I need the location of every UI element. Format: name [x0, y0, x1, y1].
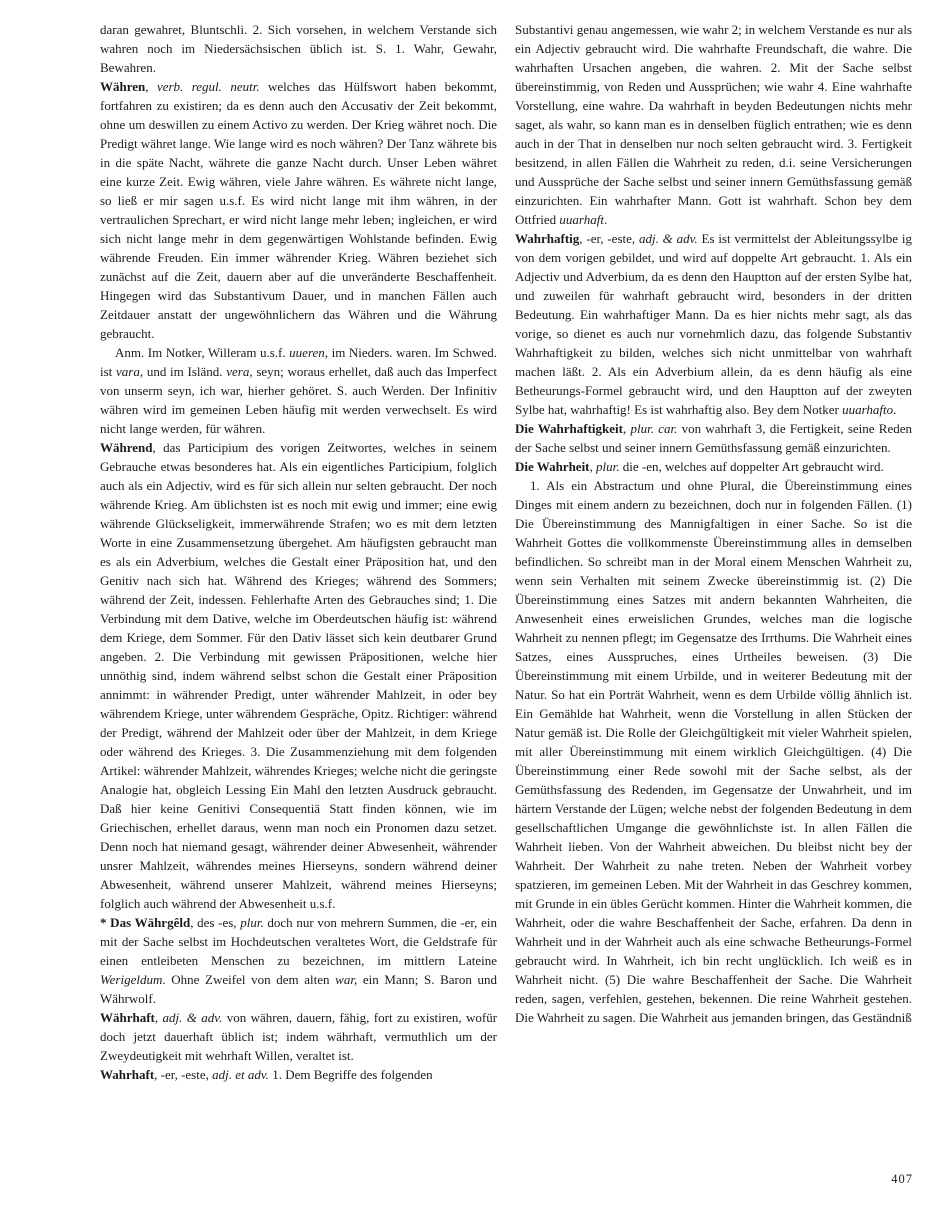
anmerkung-waehren: Anm. Im Notker, Willeram u.s.f. uueren, …: [100, 343, 497, 438]
entry-waehrgeld: * Das Währgêld, des -es, plur. doch nur …: [100, 913, 497, 1008]
entry-waehrhaft: Währhaft, adj. & adv. von währen, dauern…: [100, 1008, 497, 1065]
dictionary-page: daran gewahret, Bluntschli. 2. Sich vors…: [0, 0, 935, 1210]
wahrheit-sense-1: 1. Als ein Abstractum und ohne Plural, d…: [515, 476, 912, 1027]
entry-wahrhaft: Wahrhaft, -er, -este, adj. et adv. 1. De…: [100, 1065, 497, 1084]
entry-wahrhaftigkeit: Die Wahrhaftigkeit, plur. car. von wahrh…: [515, 419, 912, 457]
continuation-wahrhaft: Substantivi genau angemessen, wie wahr 2…: [515, 20, 912, 229]
continuation-wahren: daran gewahret, Bluntschli. 2. Sich vors…: [100, 20, 497, 77]
text-columns: daran gewahret, Bluntschli. 2. Sich vors…: [100, 20, 912, 1084]
entry-waehrend: Während, das Participium des vorigen Zei…: [100, 438, 497, 913]
entry-wahrheit: Die Wahrheit, plur. die -en, welches auf…: [515, 457, 912, 476]
right-column: Substantivi genau angemessen, wie wahr 2…: [515, 20, 912, 1084]
left-column: daran gewahret, Bluntschli. 2. Sich vors…: [100, 20, 497, 1084]
entry-waehren: Währen, verb. regul. neutr. welches das …: [100, 77, 497, 343]
entry-wahrhaftig: Wahrhaftig, -er, -este, adj. & adv. Es i…: [515, 229, 912, 419]
page-number: 407: [891, 1172, 913, 1187]
